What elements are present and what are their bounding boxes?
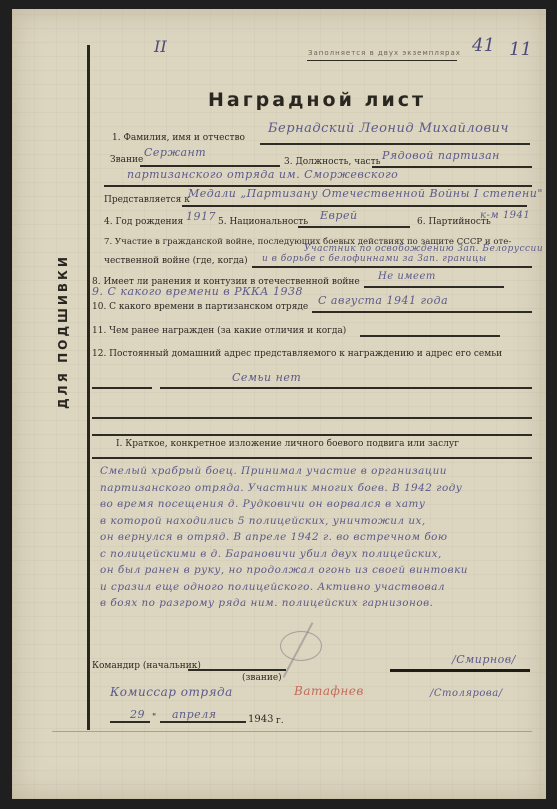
field-1-label: 1. Фамилия, имя и отчество <box>112 133 245 143</box>
award-sheet-paper: ДЛЯ ПОДШИВКИ II Заполняется в двух экзем… <box>12 9 546 799</box>
merit-line: он был ранен в руку, но продолжал огонь … <box>100 562 468 579</box>
merit-line: и сразил еще одного полицейского. Активн… <box>100 579 468 596</box>
field-11-label: 11. Чем ранее награжден (за какие отличи… <box>92 326 346 336</box>
field-9-year: 1938 <box>273 285 303 298</box>
field-5-label: 5. Национальность <box>218 217 308 227</box>
merit-line: в которой находились 5 полицейских, унич… <box>100 513 468 530</box>
field-10-value: С августа 1941 года <box>318 294 448 307</box>
field-12-rule-b <box>160 387 532 389</box>
date-day-rule <box>110 721 150 723</box>
commissar-title: Комиссар отряда <box>110 685 233 699</box>
commander-name: /Смирнов/ <box>452 653 516 666</box>
field-1-value: Бернадский Леонид Михайлович <box>268 121 509 136</box>
field-10-rule <box>312 311 532 313</box>
field-4-label: 4. Год рождения <box>104 217 183 227</box>
merit-line: в боях по разгрому ряда ним. полицейских… <box>100 595 468 612</box>
presented-rule <box>182 205 527 207</box>
field-4-value: 1917 <box>186 210 216 223</box>
field-9-label: 9. С какого времени в РККА <box>92 285 269 298</box>
field-2-label: Звание <box>110 155 143 165</box>
field-2-rule <box>140 165 280 167</box>
field-7-label-line2: чественной войне (где, когда) <box>104 256 248 266</box>
date-month-rule <box>160 721 246 723</box>
field-12-rule-a <box>92 387 152 389</box>
section-heading-rule <box>92 457 532 459</box>
merit-line: партизанского отряда. Участник многих бо… <box>100 480 468 497</box>
merit-line: во время посещения д. Рудковичи он ворва… <box>100 496 468 513</box>
field-1-rule <box>260 143 530 145</box>
commander-label: Командир (начальник) <box>92 661 201 671</box>
field-8-rule <box>364 286 504 288</box>
field-5-value: Еврей <box>320 209 358 222</box>
section-rule-top-b <box>92 434 532 436</box>
commander-name-rule <box>390 669 530 672</box>
field-6-value: к-м 1941 <box>480 210 530 221</box>
merit-description: Смелый храбрый боец. Принимал участие в … <box>100 463 468 612</box>
archive-mark-sheet: 41 <box>472 35 495 56</box>
section-rule-top-a <box>92 417 532 419</box>
field-7-value-line2: и в борьбе с белофиннами за Зап. границы <box>262 254 487 264</box>
field-9-value: 9. С какого времени в РККА 1938 <box>92 285 303 298</box>
bottom-faint-rule <box>52 731 532 732</box>
field-12-value: Семьи нет <box>232 371 301 384</box>
presented-label: Представляется к <box>104 195 190 205</box>
archive-mark-right: 11 <box>509 39 532 60</box>
document-title: Наградной лист <box>208 89 426 111</box>
field-3-value: Рядовой партизан <box>382 149 500 162</box>
date-quote: " <box>152 713 156 723</box>
presented-value: Медали „Партизану Отечественной Войны I … <box>188 187 543 200</box>
date-year: 1943 <box>248 714 273 725</box>
top-stamp-rule <box>307 60 457 61</box>
field-3-label: 3. Должность, часть <box>284 157 380 167</box>
binding-margin-line <box>87 45 90 730</box>
date-month: апреля <box>172 708 216 721</box>
commander-rule <box>188 669 286 671</box>
field-2-value: Сержант <box>144 146 206 159</box>
archive-mark-left: II <box>154 37 167 56</box>
field-5-rule <box>298 226 410 228</box>
date-suffix: г. <box>276 716 284 726</box>
field-12-label: 12. Постоянный домашний адрес представля… <box>92 349 502 359</box>
field-7-rule <box>252 266 532 268</box>
field-7-value-line1: Участник по освобождению Зап. Белоруссии <box>304 244 543 254</box>
merit-line: он вернулся в отряд. В апреле 1942 г. во… <box>100 529 468 546</box>
merit-line: Смелый храбрый боец. Принимал участие в … <box>100 463 468 480</box>
rank-label: (звание) <box>242 673 282 683</box>
merit-line: с полицейскими в д. Барановичи убил двух… <box>100 546 468 563</box>
binding-margin-caption: ДЛЯ ПОДШИВКИ <box>56 254 70 409</box>
top-stamp-text: Заполняется в двух экземплярах <box>308 49 461 57</box>
field-11-rule <box>360 335 500 337</box>
commissar-signature: Ватафнев <box>294 684 364 698</box>
field-3-value-line2: партизанского отряда им. Сморжевского <box>127 168 398 181</box>
commissar-name: /Столярова/ <box>430 688 503 699</box>
field-10-label: 10. С какого времени в партизанском отря… <box>92 302 308 312</box>
date-day: 29 <box>130 708 145 721</box>
section-heading: I. Краткое, конкретное изложение личного… <box>116 439 459 449</box>
field-8-value: Не имеет <box>378 271 436 282</box>
